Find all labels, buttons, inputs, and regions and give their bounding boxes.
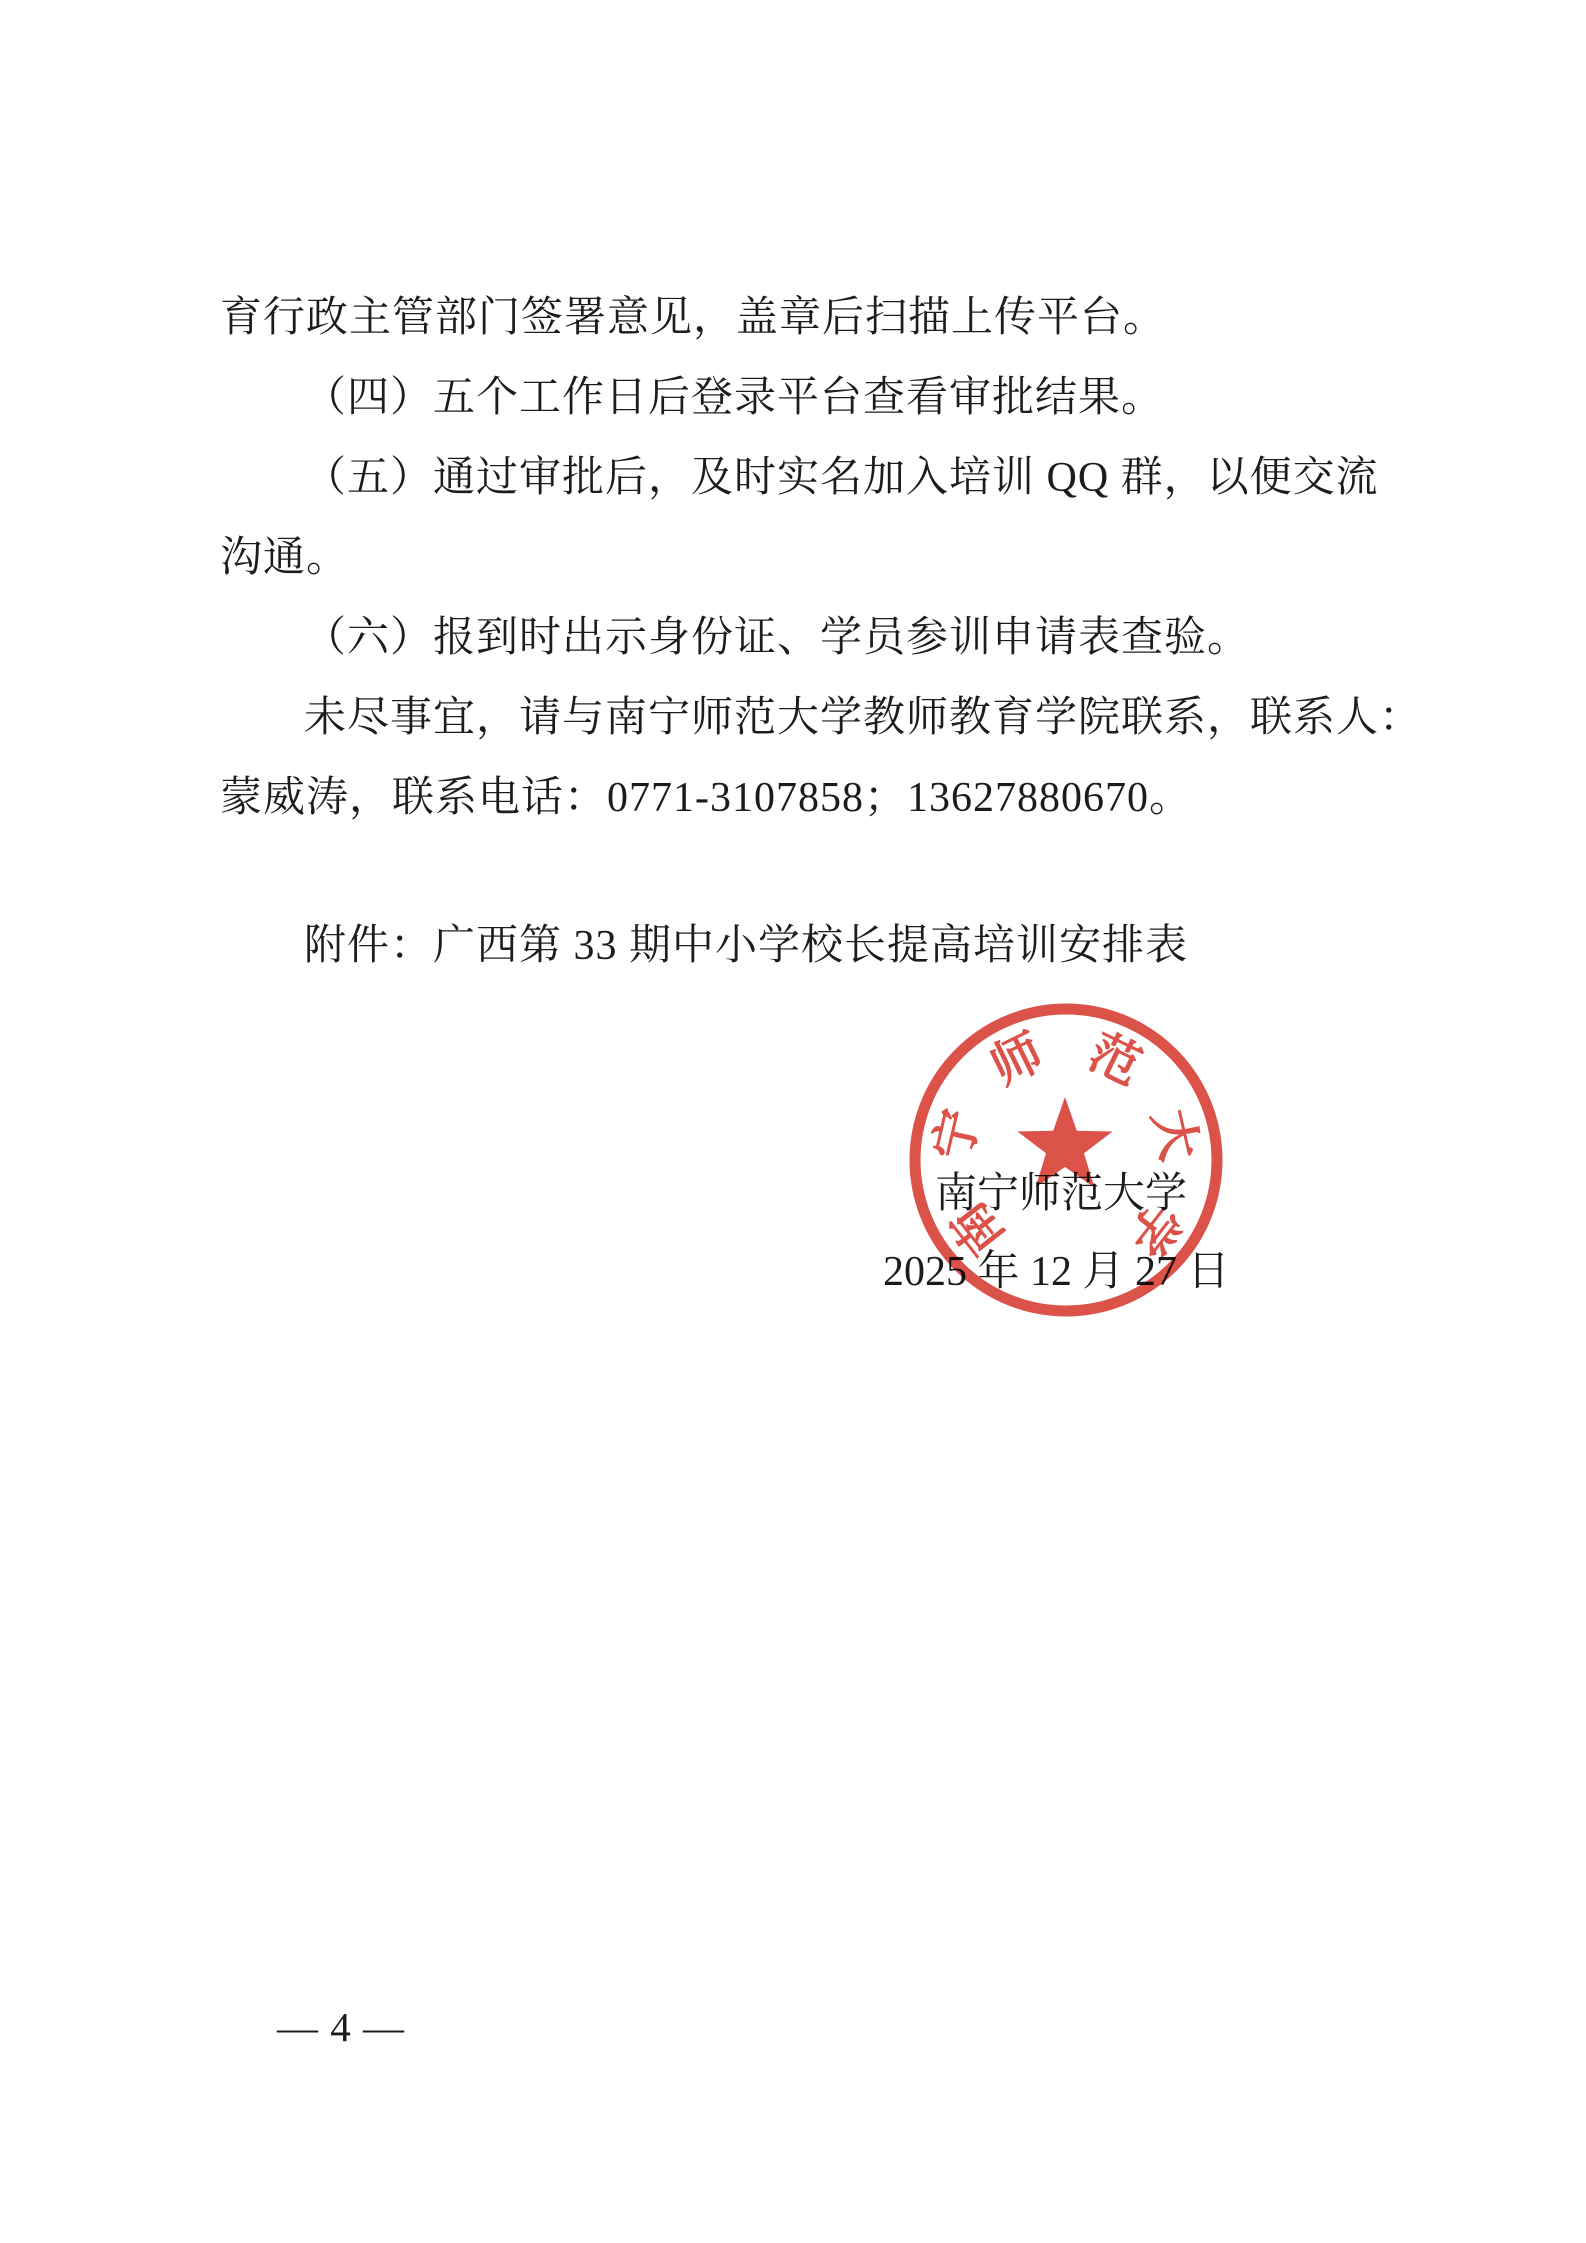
page-number: — 4 — — [277, 2003, 405, 2051]
body-line-6: 未尽事宜，请与南宁师范大学教师教育学院联系，联系人： — [220, 678, 1390, 758]
body-line-7: 蒙威涛，联系电话：0771-3107858；13627880670。 — [220, 758, 1390, 838]
document-page: 育行政主管部门签署意见，盖章后扫描上传平台。 （四）五个工作日后登录平台查看审批… — [0, 0, 1586, 2243]
seal-star-icon — [1017, 1097, 1112, 1188]
seal-char-2: 宁 — [924, 1104, 990, 1165]
body-line-1: 育行政主管部门签署意见，盖章后扫描上传平台。 — [220, 278, 1390, 358]
body-line-5: （六）报到时出示身份证、学员参训申请表查验。 — [220, 598, 1390, 678]
seal-char-5: 大 — [1142, 1104, 1208, 1165]
official-seal-icon: 南 宁 师 范 大 学 — [866, 960, 1266, 1360]
body-line-2: （四）五个工作日后登录平台查看审批结果。 — [220, 358, 1390, 438]
body-text: 育行政主管部门签署意见，盖章后扫描上传平台。 （四）五个工作日后登录平台查看审批… — [220, 278, 1390, 838]
body-line-3: （五）通过审批后，及时实名加入培训 QQ 群，以便交流 — [220, 438, 1390, 518]
body-line-4: 沟通。 — [220, 518, 1390, 598]
